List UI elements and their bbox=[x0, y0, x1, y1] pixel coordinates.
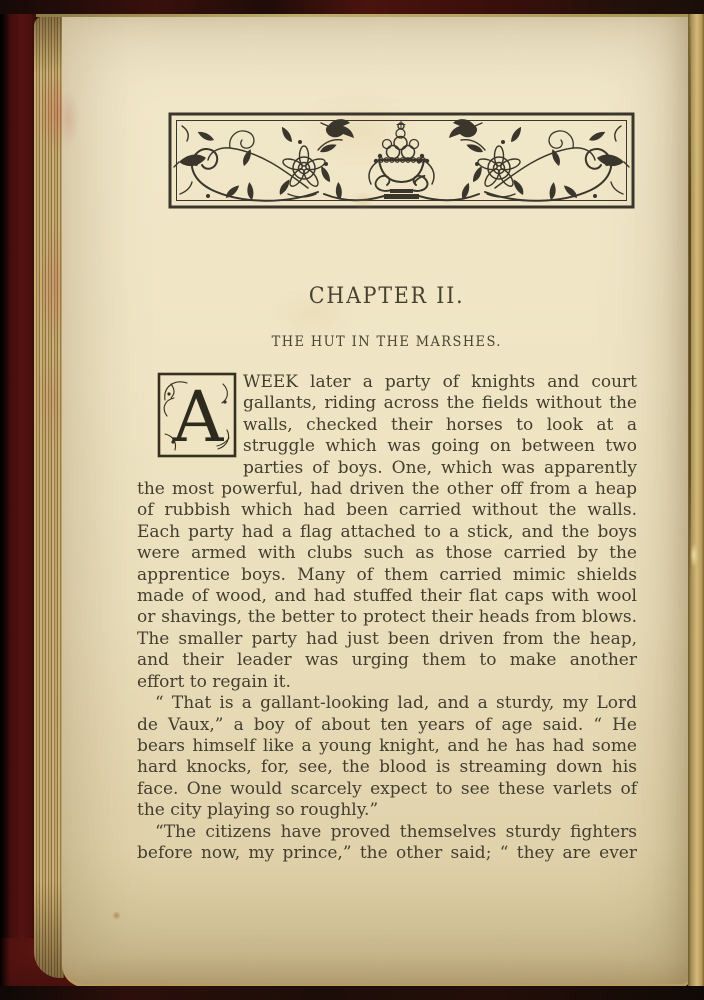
text-line: hard knocks, for, see, the blood is stre… bbox=[137, 757, 637, 778]
book-cover-top-edge bbox=[0, 0, 704, 14]
text-line: effort to regain it. bbox=[137, 672, 637, 693]
page-edge-right bbox=[688, 14, 704, 988]
text-line: “ That is a gallant-looking lad, and a s… bbox=[137, 693, 637, 714]
page-gilt-top-edge bbox=[36, 14, 704, 17]
text-line: Each party had a flag attached to a stic… bbox=[137, 522, 637, 543]
book-photograph: CHAPTER II. THE HUT IN THE MARSHES. A WE… bbox=[0, 0, 704, 1000]
foxing-stain bbox=[350, 192, 376, 210]
foxing-stain bbox=[112, 911, 121, 920]
drop-cap-letter: A bbox=[172, 376, 225, 458]
chapter-title: CHAPTER II. bbox=[137, 284, 637, 309]
header-ornament-engraving bbox=[168, 112, 635, 209]
text-line: “The citizens have proved themselves stu… bbox=[137, 822, 637, 843]
page-edges-stack-left bbox=[34, 16, 64, 978]
text-line: the city playing so roughly.” bbox=[137, 800, 637, 821]
section-heading: THE HUT IN THE MARSHES. bbox=[137, 334, 637, 350]
book-page: CHAPTER II. THE HUT IN THE MARSHES. A WE… bbox=[62, 12, 690, 984]
text-line: made of wood, and had stuffed their flat… bbox=[137, 586, 637, 607]
text-block: A WEEK later a party of knights and cour… bbox=[137, 372, 637, 864]
text-line: before now, my prince,” the other said; … bbox=[137, 843, 637, 864]
text-line: de Vaux,” a boy of about ten years of ag… bbox=[137, 715, 637, 736]
drop-cap-box: A bbox=[157, 372, 237, 458]
paragraph: “ That is a gallant-looking lad, and a s… bbox=[137, 693, 637, 821]
text-line: The smaller party had just been driven f… bbox=[137, 629, 637, 650]
text-line: of rubbish which had been carried withou… bbox=[137, 500, 637, 521]
page-edge-highlight bbox=[690, 542, 698, 568]
paragraph: “The citizens have proved themselves stu… bbox=[137, 822, 637, 865]
text-line: were armed with clubs such as those carr… bbox=[137, 543, 637, 564]
book-cover-bottom-edge bbox=[0, 986, 704, 1000]
drop-cap: A bbox=[137, 372, 243, 476]
text-line: or shavings, the better to protect their… bbox=[137, 607, 637, 628]
text-line: the most powerful, had driven the other … bbox=[137, 479, 637, 500]
text-line: and their leader was urging them to make… bbox=[137, 650, 637, 671]
text-line: apprentice boys. Many of them carried mi… bbox=[137, 565, 637, 586]
paragraph: A WEEK later a party of knights and cour… bbox=[137, 372, 637, 693]
page-crease bbox=[689, 26, 691, 586]
text-line: bears himself like a young knight, and h… bbox=[137, 736, 637, 757]
text-line: face. One would scarcely expect to see t… bbox=[137, 779, 637, 800]
photo-shadow-left bbox=[0, 0, 10, 1000]
